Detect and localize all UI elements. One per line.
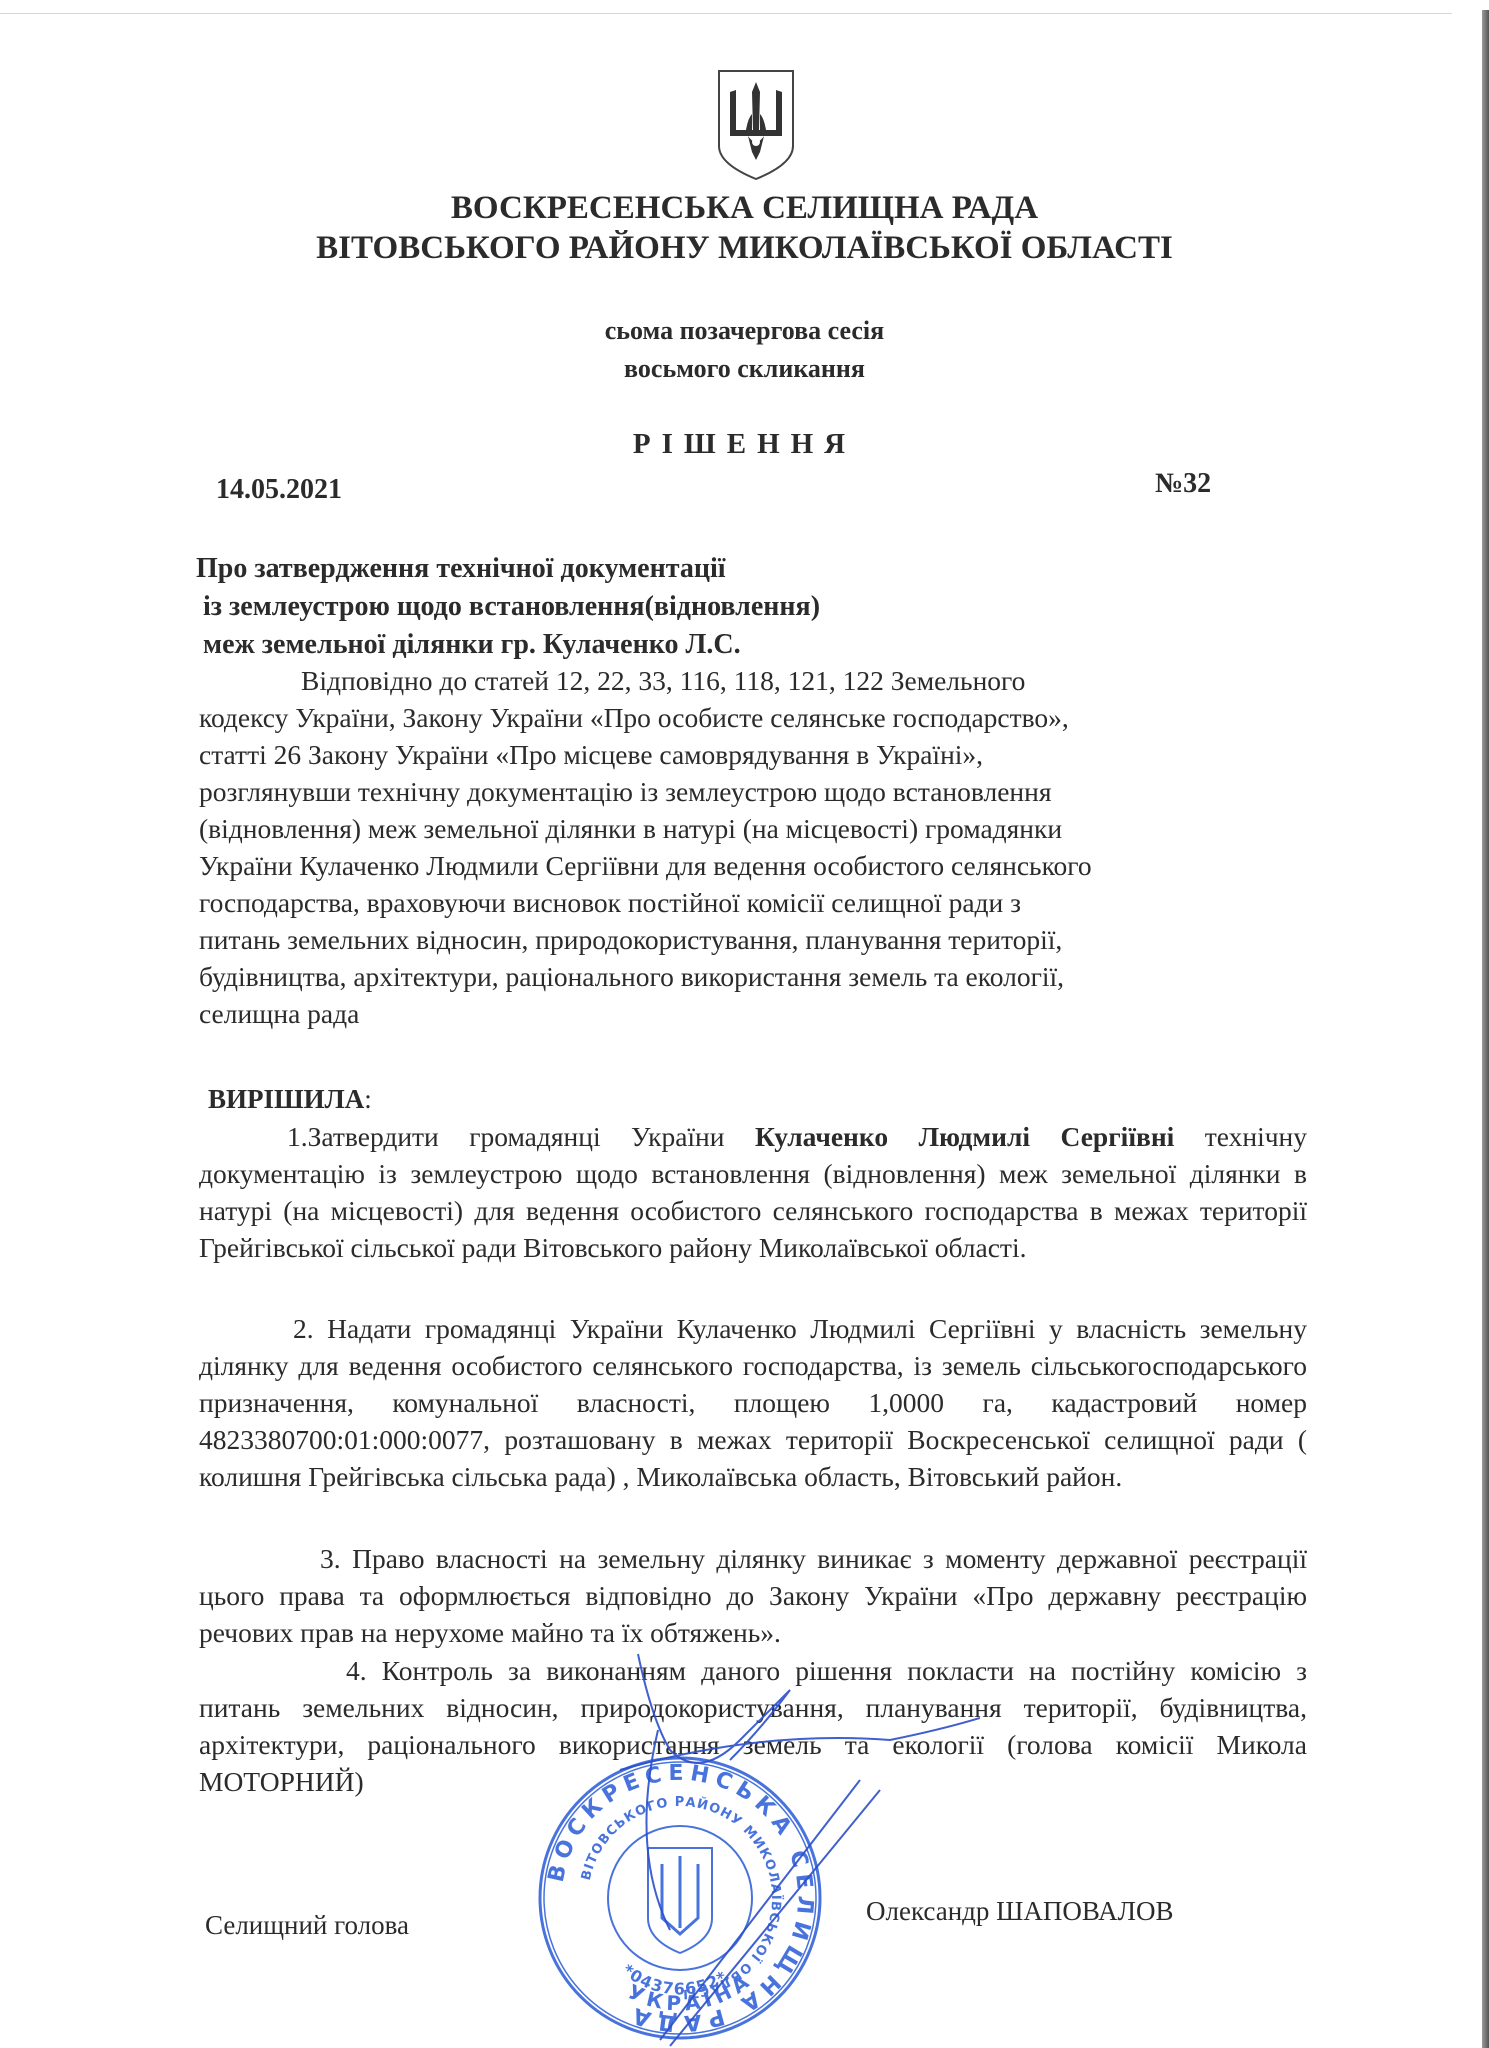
- decision-item-3: 3. Право власності на земельну ділянку в…: [199, 1540, 1307, 1651]
- document-type-title: РІШЕННЯ: [0, 428, 1489, 461]
- preamble-line: статті 26 Закону України «Про місцеве са…: [199, 736, 1307, 773]
- coat-of-arms-icon: [716, 68, 796, 182]
- signatory-name: Олександр ШАПОВАЛОВ: [866, 1896, 1174, 1927]
- decision-number: №32: [1155, 468, 1211, 500]
- scan-top-edge: [0, 13, 1452, 14]
- subject-line: меж земельної ділянки гр. Кулаченко Л.С.: [196, 626, 820, 664]
- district-region-name: ВІТОВСЬКОГО РАЙОНУ МИКОЛАЇВСЬКОЇ ОБЛАСТІ: [0, 230, 1489, 267]
- subject-line: із землеустрою щодо встановлення(відновл…: [196, 588, 820, 626]
- preamble-line: селищна рада: [199, 995, 1307, 1032]
- decision-item-1: 1.Затвердити громадянці України Кулаченк…: [199, 1118, 1307, 1266]
- signatory-title: Селищний голова: [205, 1910, 409, 1941]
- convocation-name: восьмого скликання: [0, 354, 1489, 384]
- svg-text:ВОСКРЕСЕНСЬКА СЕЛИЩНА РАДА: ВОСКРЕСЕНСЬКА СЕЛИЩНА РАДА: [544, 1761, 818, 2036]
- preamble-line: питань земельних відносин, природокорист…: [199, 921, 1307, 958]
- preamble-line: (відновлення) меж земельної ділянки в на…: [199, 810, 1307, 847]
- preamble-line: будівництва, архітектури, раціонального …: [199, 958, 1307, 995]
- preamble-line: господарства, враховуючи висновок постій…: [199, 884, 1307, 921]
- session-name: сьома позачергова сесія: [0, 316, 1489, 346]
- preamble-line: України Кулаченко Людмили Сергіївни для …: [199, 847, 1307, 884]
- svg-text:УКРАЇНА: УКРАЇНА: [624, 1967, 757, 2016]
- preamble: Відповідно до статей 12, 22, 33, 116, 11…: [199, 662, 1307, 1032]
- svg-text:*04376652*: *04376652*: [619, 1960, 731, 1998]
- svg-text:ВІТОВСЬКОГО РАЙОНУ МИКОЛАЇВСЬК: ВІТОВСЬКОГО РАЙОНУ МИКОЛАЇВСЬКОЇ ОБЛАСТІ: [579, 1795, 784, 2001]
- preamble-line: кодексу України, Закону України «Про осо…: [199, 699, 1307, 736]
- preamble-line: розглянувши технічну документацію із зем…: [199, 773, 1307, 810]
- decision-item-4: 4. Контроль за виконанням даного рішення…: [199, 1652, 1307, 1800]
- decision-subject: Про затвердження технічної документації …: [196, 550, 820, 664]
- decided-heading: ВИРІШИЛА:: [208, 1084, 372, 1115]
- decision-item-2: 2. Надати громадянці України Кулаченко Л…: [199, 1310, 1307, 1495]
- decision-date: 14.05.2021: [216, 474, 342, 506]
- subject-line: Про затвердження технічної документації: [196, 550, 820, 588]
- council-name: ВОСКРЕСЕНСЬКА СЕЛИЩНА РАДА: [0, 190, 1489, 227]
- preamble-line: Відповідно до статей 12, 22, 33, 116, 11…: [199, 662, 1307, 699]
- applicant-name: Кулаченко Людмилі Сергіївні: [755, 1121, 1174, 1152]
